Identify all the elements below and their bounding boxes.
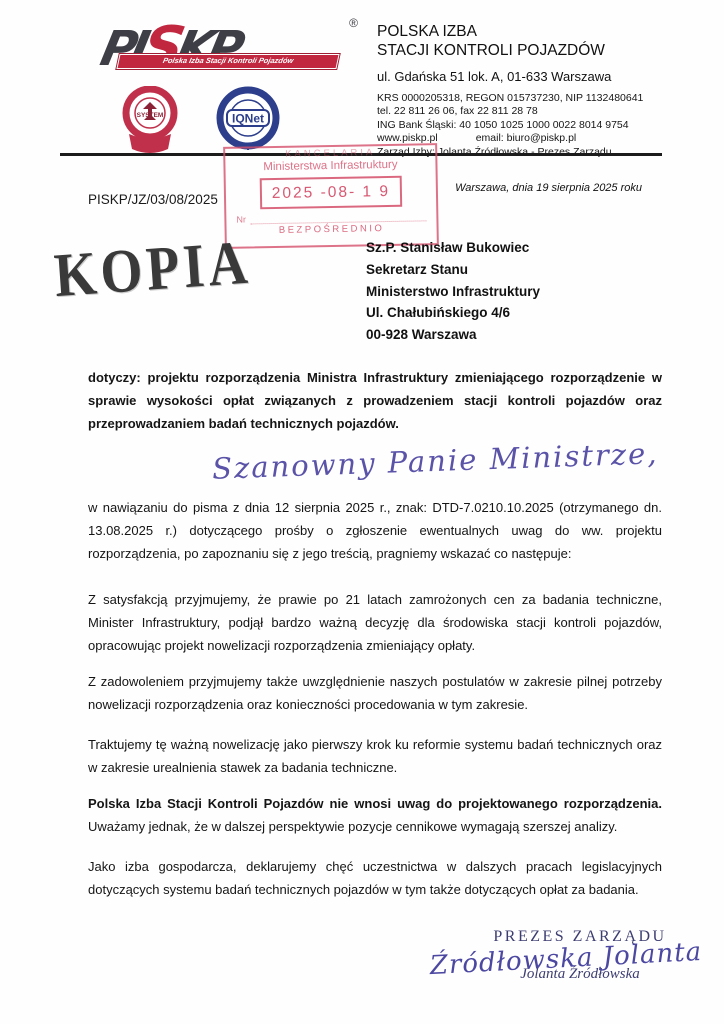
- org-name-line1: POLSKA IZBA: [377, 22, 677, 41]
- ministry-registry-stamp: KANCELARIA Ministerstwa Infrastruktury 2…: [223, 143, 439, 249]
- quality-system-badge-icon: SYSTEM: [120, 86, 180, 154]
- kopia-copy-stamp: KOPIA: [52, 226, 254, 311]
- recipient-city: 00-928 Warszawa: [366, 324, 540, 346]
- svg-text:IQNet: IQNet: [232, 112, 264, 126]
- subject-paragraph: dotyczy: projektu rozporządzenia Ministr…: [88, 366, 662, 435]
- recipient-institution: Ministerstwo Infrastruktury: [366, 281, 540, 303]
- scanned-letter-page: P I S K P ® Polska Izba Stacji Kontroli …: [0, 0, 724, 1024]
- org-address: ul. Gdańska 51 lok. A, 01-633 Warszawa: [377, 69, 677, 84]
- org-email: email: biuro@piskp.pl: [476, 132, 577, 145]
- stamp-delivery-label: BEZPOŚREDNIO: [227, 222, 437, 237]
- recipient-name: Sz.P. Stanisław Bukowiec: [366, 237, 540, 259]
- handwritten-greeting: Szanowny Panie Ministrze,: [212, 436, 659, 486]
- body-paragraph-1: w nawiązaniu do pisma z dnia 12 sierpnia…: [88, 496, 662, 565]
- body-paragraph-6: Jako izba gospodarcza, deklarujemy chęć …: [88, 855, 662, 901]
- body-paragraph-2: Z satysfakcją przyjmujemy, że prawie po …: [88, 588, 662, 657]
- place-date-line: Warszawa, dnia 19 sierpnia 2025 roku: [420, 182, 642, 194]
- org-phone-line: tel. 22 811 26 06, fax 22 811 28 78: [377, 105, 677, 118]
- body-paragraph-4: Traktujemy tę ważną nowelizację jako pie…: [88, 733, 662, 779]
- no-objections-statement: Polska Izba Stacji Kontroli Pojazdów nie…: [88, 796, 662, 811]
- certification-badges: SYSTEM IQNet: [120, 86, 280, 154]
- body-paragraph-3: Z zadowoleniem przyjmujemy także uwzględ…: [88, 670, 662, 716]
- logo-tagline-banner: Polska Izba Stacji Kontroli Pojazdów: [116, 54, 339, 69]
- iqnet-badge-icon: IQNet: [216, 86, 280, 150]
- org-name: POLSKA IZBA STACJI KONTROLI POJAZDÓW: [377, 22, 677, 60]
- stamp-ministry-label: Ministerstwa Infrastruktury: [225, 158, 435, 174]
- recipient-block: Sz.P. Stanisław Bukowiec Sekretarz Stanu…: [366, 237, 540, 346]
- reference-number: PISKP/JZ/03/08/2025: [88, 192, 218, 207]
- stamp-number-label: Nr: [236, 214, 246, 224]
- org-name-line2: STACJI KONTROLI POJAZDÓW: [377, 41, 677, 60]
- stamp-date: 2025 -08- 1 9: [260, 176, 403, 209]
- svg-text:SYSTEM: SYSTEM: [137, 112, 164, 119]
- org-bank-line: ING Bank Śląski: 40 1050 1025 1000 0022 …: [377, 119, 677, 132]
- org-registry-line: KRS 0000205318, REGON 015737230, NIP 113…: [377, 92, 677, 105]
- signature-block: PREZES ZARZĄDU Źródłowska Jolanta Jolant…: [445, 928, 715, 983]
- letterhead-org-block: POLSKA IZBA STACJI KONTROLI POJAZDÓW ul.…: [377, 22, 677, 159]
- registered-trademark-icon: ®: [349, 16, 358, 30]
- recipient-street: Ul. Chałubińskiego 4/6: [366, 302, 540, 324]
- body-paragraph-5: Polska Izba Stacji Kontroli Pojazdów nie…: [88, 792, 662, 838]
- piskp-logo: P I S K P ® Polska Izba Stacji Kontroli …: [96, 20, 354, 88]
- further-analysis-statement: Uważamy jednak, że w dalszej perspektywi…: [88, 819, 617, 834]
- recipient-title: Sekretarz Stanu: [366, 259, 540, 281]
